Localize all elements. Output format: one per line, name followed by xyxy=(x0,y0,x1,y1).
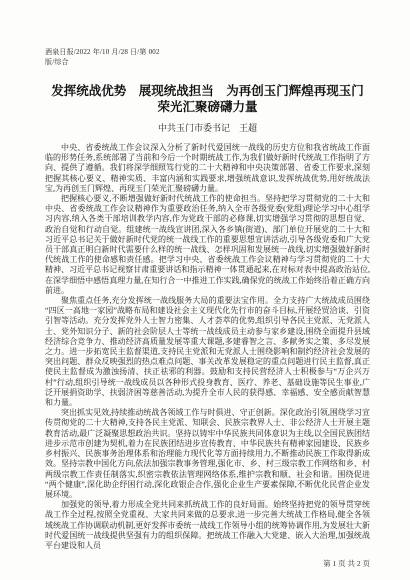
paragraph-4: 突出抓实见效,持续推动统战各领域工作与时俱进、守正创新。深化政治引领,围绕学习宣… xyxy=(45,408,370,500)
document-page: 酒泉日报/2022 年/10 月/28 日/第 002 版/综合 发挥统战优势 … xyxy=(0,0,410,580)
page-number: 第 1 页 共 2 页 xyxy=(323,559,370,568)
paragraph-1: 中央、省委统战工作会议深入分析了新时代爱国统一战线的历史方位和我省统战工作面临的… xyxy=(45,143,370,194)
article-body: 中央、省委统战工作会议深入分析了新时代爱国统一战线的历史方位和我省统战工作面临的… xyxy=(45,143,370,551)
article-title: 发挥统战优势 展现统战担当 为再创玉门辉煌再现玉门荣光汇聚磅礴力量 xyxy=(47,83,368,115)
masthead: 酒泉日报/2022 年/10 月/28 日/第 002 版/综合 xyxy=(45,48,370,67)
paragraph-5: 加强党的领导,着力形成全党共同来抓统战工作的良好局面。始终坚持把党的领导贯穿统战… xyxy=(45,500,370,551)
section-line: 版/综合 xyxy=(45,58,370,68)
page-footer: 第 1 页 共 2 页 xyxy=(45,559,370,569)
paragraph-2: 把握核心要义,不断增强做好新时代统战工作的使命担当。坚持把学习贯彻党的二十大和中… xyxy=(45,194,370,296)
source-line: 酒泉日报/2022 年/10 月/28 日/第 002 xyxy=(45,48,370,58)
byline: 中共玉门市委书记 王超 xyxy=(45,122,370,134)
paragraph-3: 聚焦重点任务,充分发挥统一战线服务大局的重要法宝作用。全力支持广大统战成员围绕“… xyxy=(45,296,370,408)
